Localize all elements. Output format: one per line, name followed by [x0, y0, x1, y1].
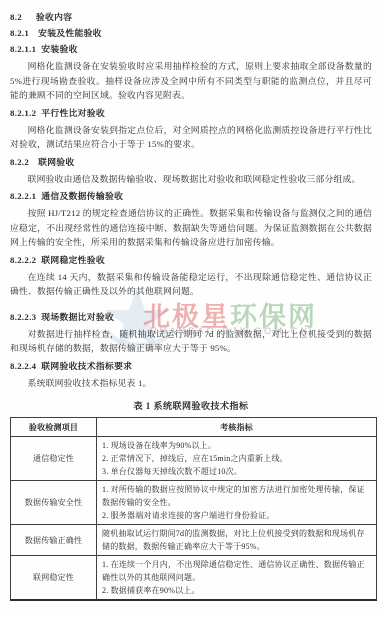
- heading-title: 安装验收: [41, 44, 77, 54]
- table-title: 表 1 系统联网验收技术指标: [10, 399, 372, 412]
- table-row: 通信稳定性 1. 现场设备在线率为90%以上。 2. 正常情况下，掉线后，应在1…: [11, 437, 377, 481]
- criteria-line: 1. 对所传输的数据应按照协议中规定的加密方法进行加密处理传输，保证数据传输的安…: [102, 483, 371, 509]
- paragraph-communication-transfer: 按照 HJ/T212 的规定检查通信协议的正确性。数据采集和传输设备与监测仪之间…: [10, 206, 372, 250]
- document-page: 北极星环保网 HUANBAO.BJX.COM.CN 8.2验收内容 8.2.1安…: [0, 0, 384, 618]
- heading-8-2-2-2: 8.2.2.2联网稳定性验收: [10, 255, 372, 266]
- paragraph-technical-index-intro: 系统联网验收技术指标见表 1。: [10, 376, 372, 391]
- heading-number: 8.2.2: [10, 157, 29, 168]
- criteria-line: 3. 单台仪器每天掉线次数不超过10次。: [102, 465, 371, 478]
- criteria-line: 1. 现场设备在线率为90%以上。: [102, 439, 371, 452]
- table-header-row: 验收检测项目 考核指标: [11, 418, 377, 437]
- heading-title: 联网稳定性验收: [41, 255, 105, 265]
- heading-8-2-2: 8.2.2联网验收: [10, 157, 372, 168]
- heading-title: 安装及性能验收: [38, 28, 102, 38]
- heading-title: 联网验收技术指标要求: [41, 361, 132, 371]
- column-header-criteria: 考核指标: [97, 418, 377, 437]
- heading-8-2-2-1: 8.2.2.1通信及数据传输验收: [10, 191, 372, 202]
- document-content: 8.2验收内容 8.2.1安装及性能验收 8.2.1.1安装验收 网格化监测设备…: [0, 0, 384, 601]
- heading-8-2-1: 8.2.1安装及性能验收: [10, 28, 372, 39]
- heading-number: 8.2.2.1: [10, 191, 36, 202]
- heading-8-2-2-4: 8.2.2.4联网验收技术指标要求: [10, 361, 372, 372]
- heading-8-2-2-3: 8.2.2.3现场数据比对验收: [10, 312, 372, 323]
- heading-8-2-1-1: 8.2.1.1安装验收: [10, 44, 372, 55]
- column-header-item: 验收检测项目: [11, 418, 97, 437]
- heading-8-2-1-2: 8.2.1.2平行性比对验收: [10, 108, 372, 119]
- heading-8-2: 8.2验收内容: [10, 12, 372, 23]
- criteria-line: 随机抽取试运行期间7d的监测数据，对比上位机接受到的数据和现场机存储的数据，数据…: [102, 527, 371, 553]
- row-item-label: 联网稳定性: [11, 556, 97, 601]
- heading-title: 现场数据比对验收: [41, 312, 114, 322]
- paragraph-network-acceptance: 联网验收由通信及数据传输验收、现场数据比对验收和联网稳定性验收三部分组成。: [10, 172, 372, 187]
- heading-number: 8.2.2.2: [10, 255, 36, 266]
- criteria-line: 1. 在连续一个月内，不出现除通信稳定性、通信协议正确性、数据传输正确性以外的其…: [102, 558, 371, 584]
- criteria-line: 2. 正常情况下，掉线后，应在15min之内重新上线。: [102, 452, 371, 465]
- row-criteria: 1. 对所传输的数据应按照协议中规定的加密方法进行加密处理传输，保证数据传输的安…: [97, 481, 377, 525]
- heading-number: 8.2.1: [10, 28, 29, 39]
- row-criteria: 1. 现场设备在线率为90%以上。 2. 正常情况下，掉线后，应在15min之内…: [97, 437, 377, 481]
- table-row: 数据传输正确性 随机抽取试运行期间7d的监测数据，对比上位机接受到的数据和现场机…: [11, 525, 377, 556]
- paragraph-network-stability: 在连续 14 天内，数据采集和传输设备能稳定运行，不出现除通信稳定性、通信协议正…: [10, 270, 372, 299]
- heading-title: 联网验收: [38, 157, 74, 167]
- heading-number: 8.2: [10, 12, 22, 23]
- heading-title: 通信及数据传输验收: [41, 191, 123, 201]
- paragraph-parallel-comparison: 网格化监测设备安装到指定点位后，对全网质控点的网格化监测质控设备进行平行性比对验…: [10, 123, 372, 152]
- heading-number: 8.2.1.1: [10, 44, 36, 55]
- criteria-line: 2. 服务器端对请求连接的客户端进行身份验证。: [102, 509, 371, 522]
- heading-number: 8.2.2.4: [10, 361, 36, 372]
- criteria-line: 2. 数据捕获率在90%以上。: [102, 584, 371, 597]
- heading-number: 8.2.1.2: [10, 108, 36, 119]
- row-criteria: 1. 在连续一个月内，不出现除通信稳定性、通信协议正确性、数据传输正确性以外的其…: [97, 556, 377, 601]
- heading-title: 验收内容: [36, 12, 72, 22]
- row-item-label: 通信稳定性: [11, 437, 97, 481]
- table-row: 联网稳定性 1. 在连续一个月内，不出现除通信稳定性、通信协议正确性、数据传输正…: [11, 556, 377, 601]
- paragraph-install-acceptance: 网格化监测设备在安装验收时应采用抽样检验的方式，原则上要求抽取全部设备数量的5%…: [10, 59, 372, 103]
- row-criteria: 随机抽取试运行期间7d的监测数据，对比上位机接受到的数据和现场机存储的数据，数据…: [97, 525, 377, 556]
- heading-title: 平行性比对验收: [41, 108, 105, 118]
- row-item-label: 数据传输安全性: [11, 481, 97, 525]
- paragraph-field-data-comparison: 对数据进行抽样检查，随机抽取试运行期间 7d 的监测数据，对比上位机接受到的数据…: [10, 327, 372, 356]
- row-item-label: 数据传输正确性: [11, 525, 97, 556]
- heading-number: 8.2.2.3: [10, 312, 36, 323]
- acceptance-indicators-table: 验收检测项目 考核指标 通信稳定性 1. 现场设备在线率为90%以上。 2. 正…: [10, 417, 377, 601]
- table-row: 数据传输安全性 1. 对所传输的数据应按照协议中规定的加密方法进行加密处理传输，…: [11, 481, 377, 525]
